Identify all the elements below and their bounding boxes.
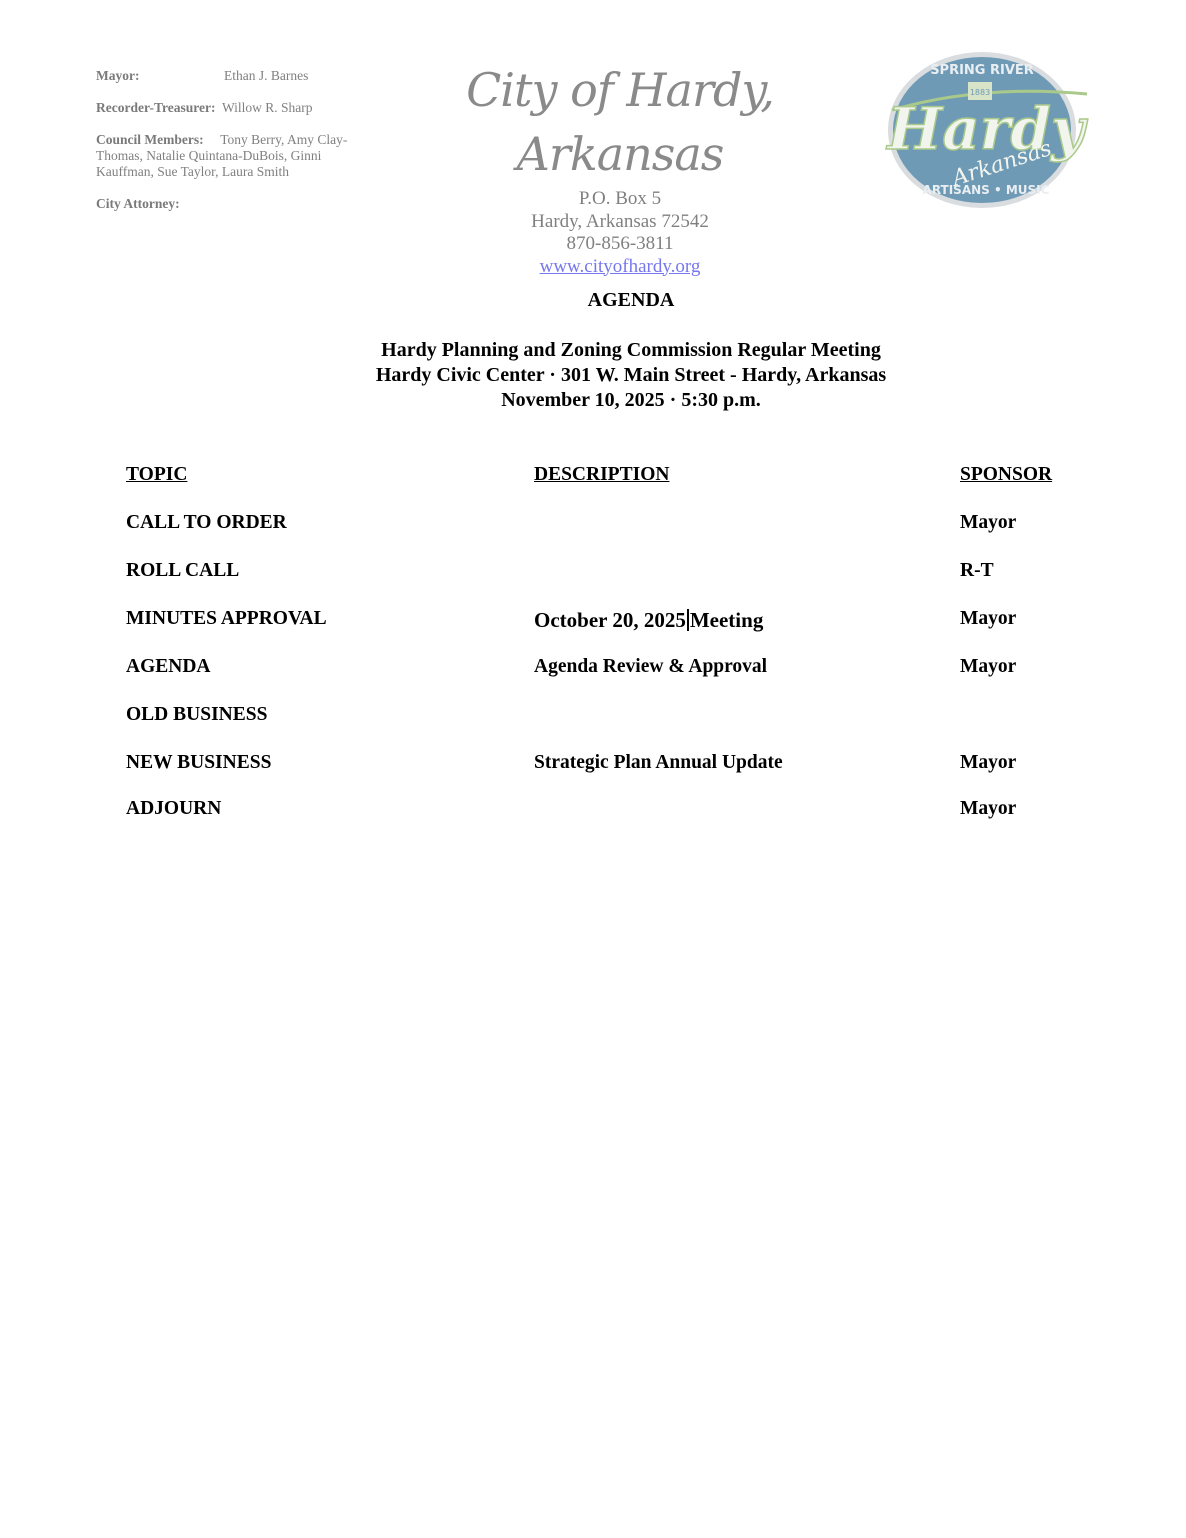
meeting-name: Hardy Planning and Zoning Commission Reg…: [0, 338, 1186, 363]
agenda-topic: ADJOURN: [126, 798, 221, 820]
agenda-description: Agenda Review & Approval: [534, 656, 767, 678]
po-box: P.O. Box 5: [380, 188, 860, 211]
meeting-header: Hardy Planning and Zoning Commission Reg…: [0, 338, 1186, 413]
agenda-sponsor: Mayor: [960, 608, 1016, 630]
mayor-name: Ethan J. Barnes: [224, 68, 308, 83]
mayor-label: Mayor:: [96, 68, 224, 84]
phone: 870-856-3811: [380, 233, 860, 256]
agenda-topic: ROLL CALL: [126, 560, 239, 582]
city-name: City of Hardy, Arkansas: [380, 58, 860, 186]
website-link[interactable]: www.cityofhardy.org: [540, 256, 701, 277]
agenda-topic: NEW BUSINESS: [126, 752, 271, 774]
svg-text:SPRING RIVER: SPRING RIVER: [930, 63, 1034, 78]
agenda-description: October 20, 2025Meeting: [534, 608, 763, 633]
meeting-location: Hardy Civic Center · 301 W. Main Street …: [0, 363, 1186, 388]
svg-text:ARTISANS • MUSIC: ARTISANS • MUSIC: [923, 183, 1050, 197]
attorney-label: City Attorney:: [96, 196, 180, 211]
letterhead-center: City of Hardy, Arkansas P.O. Box 5 Hardy…: [380, 58, 860, 278]
city-state-zip: Hardy, Arkansas 72542: [380, 211, 860, 234]
agenda-topic: MINUTES APPROVAL: [126, 608, 327, 630]
mayor-line: Mayor:Ethan J. Barnes: [96, 68, 366, 84]
recorder-label: Recorder-Treasurer:: [96, 100, 215, 115]
council-label: Council Members:: [96, 132, 204, 147]
council-line: Council Members: Tony Berry, Amy Clay-Th…: [96, 132, 366, 180]
description-header: DESCRIPTION: [534, 464, 669, 486]
attorney-line: City Attorney:: [96, 196, 366, 212]
text-cursor: [687, 609, 689, 631]
topic-header: TOPIC: [126, 464, 187, 486]
agenda-topic: OLD BUSINESS: [126, 704, 267, 726]
agenda-sponsor: Mayor: [960, 752, 1016, 774]
agenda-title: AGENDA: [0, 289, 1186, 312]
agenda-sponsor: Mayor: [960, 512, 1016, 534]
agenda-description: Strategic Plan Annual Update: [534, 752, 783, 774]
agenda-sponsor: Mayor: [960, 656, 1016, 678]
recorder-line: Recorder-Treasurer: Willow R. Sharp: [96, 100, 366, 116]
officials-list: Mayor:Ethan J. Barnes Recorder-Treasurer…: [96, 68, 366, 228]
agenda-sponsor: R-T: [960, 560, 994, 582]
recorder-name: Willow R. Sharp: [222, 100, 313, 115]
hardy-logo: SPRING RIVER 1883 Hardy Arkansas ARTISAN…: [882, 44, 1096, 210]
agenda-sponsor: Mayor: [960, 798, 1016, 820]
agenda-topic: CALL TO ORDER: [126, 512, 287, 534]
svg-text:Hardy: Hardy: [885, 95, 1088, 163]
agenda-topic: AGENDA: [126, 656, 211, 678]
meeting-datetime: November 10, 2025 · 5:30 p.m.: [0, 388, 1186, 413]
sponsor-header: SPONSOR: [960, 464, 1052, 486]
